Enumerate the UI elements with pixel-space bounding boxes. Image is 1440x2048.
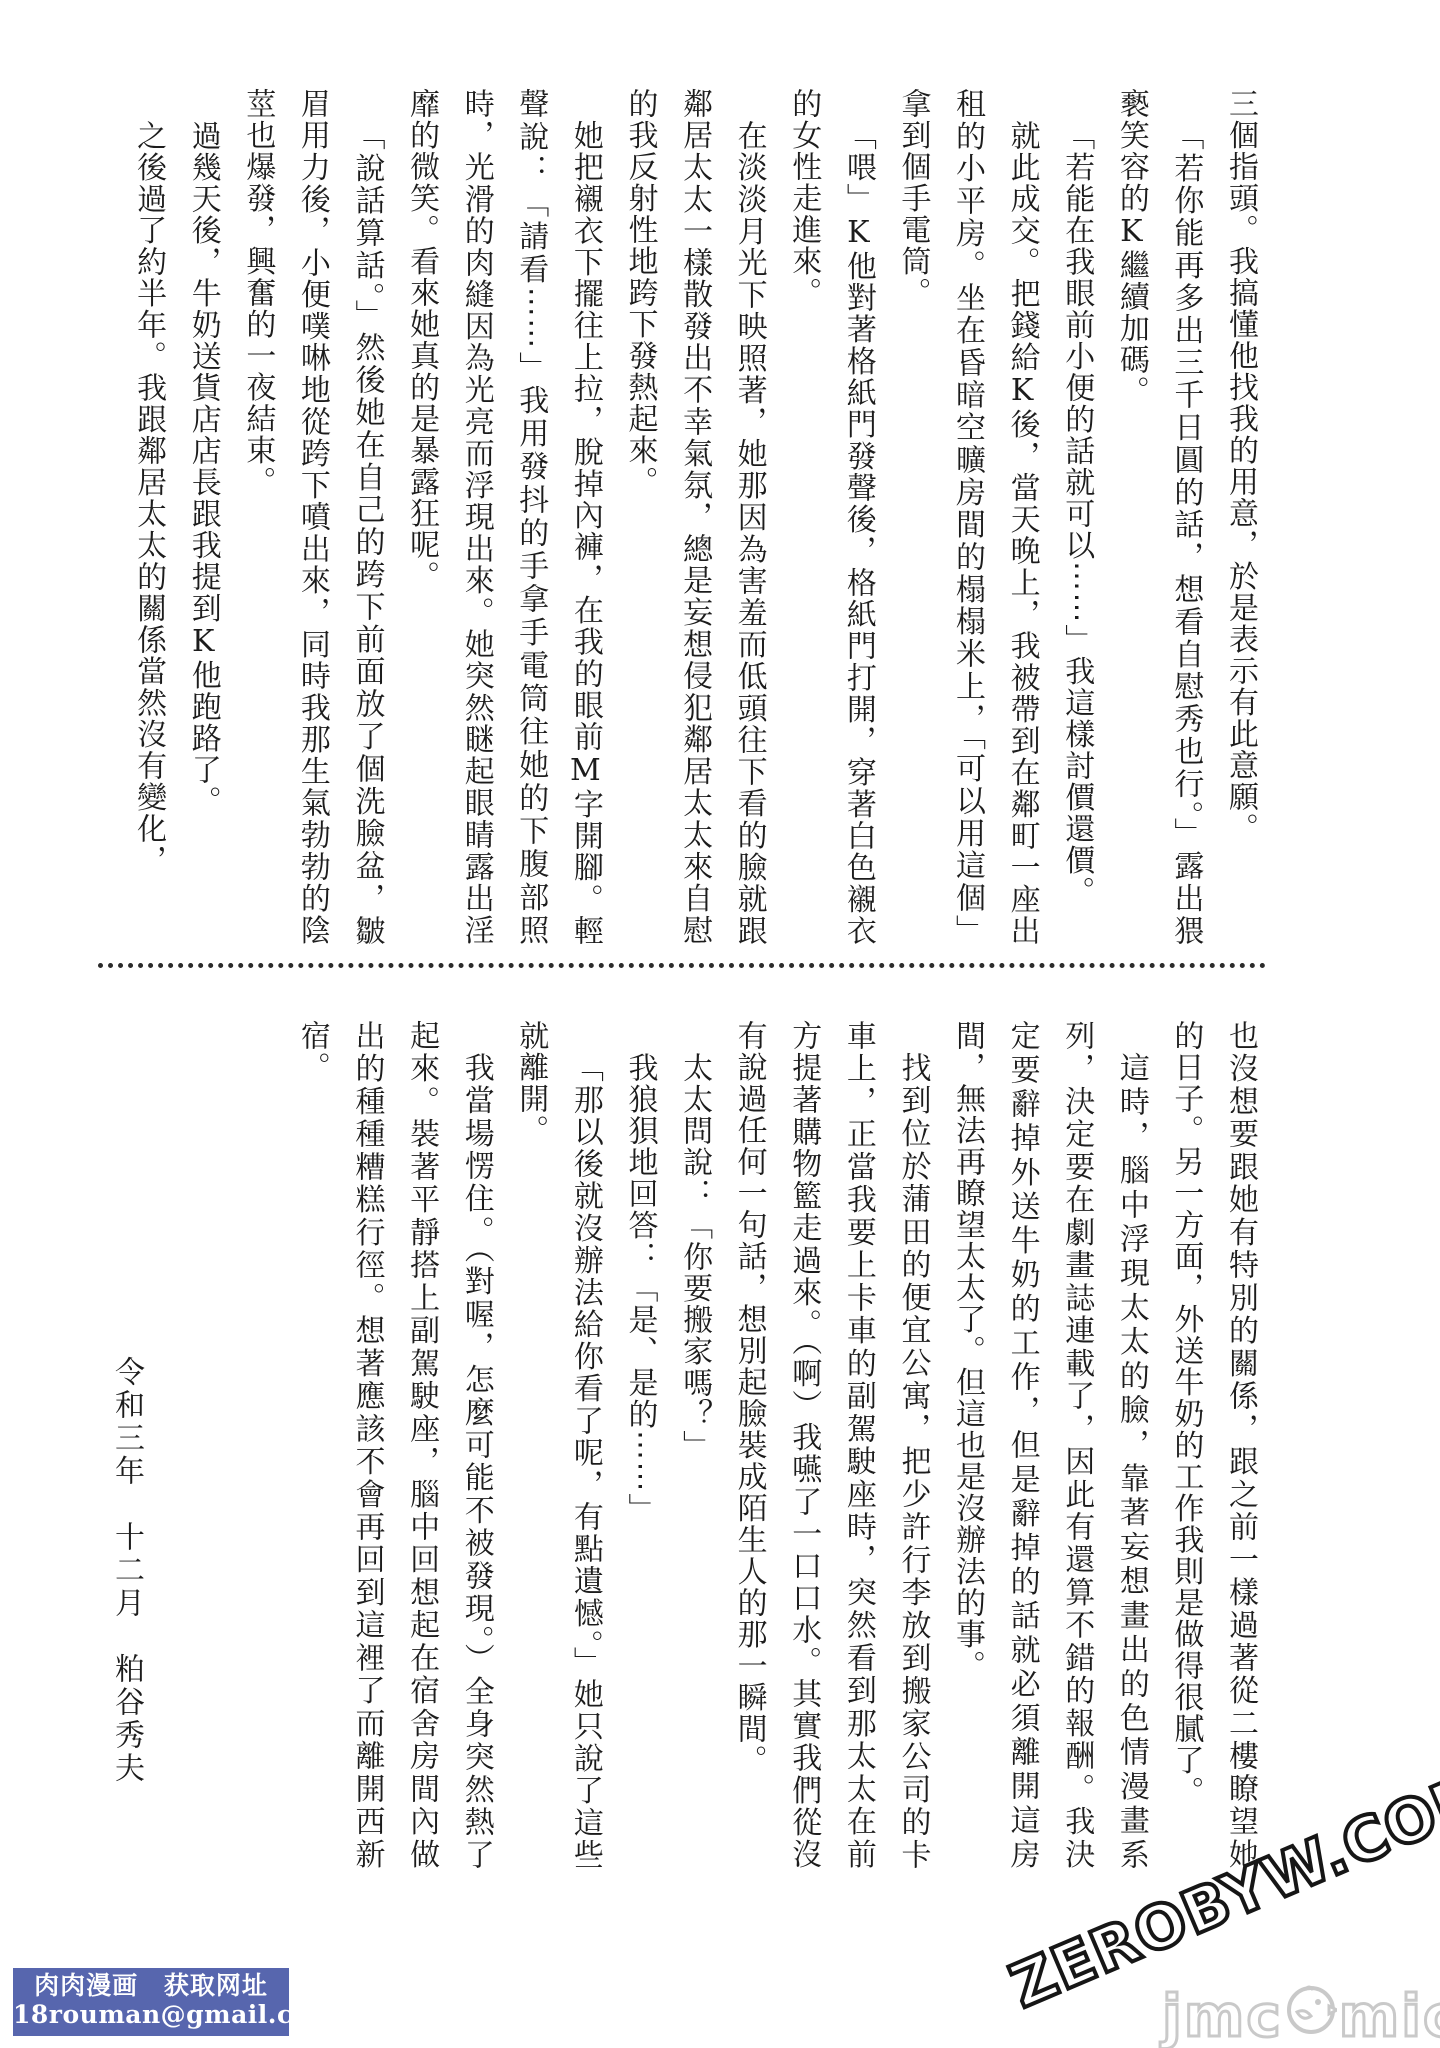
paragraph: 「若能在我眼前小便的話就可以⋯⋯」我這樣討價還價。 — [1049, 88, 1104, 946]
paragraph: 過幾天後，牛奶送貨店店長跟我提到K他跑路了。 — [175, 88, 230, 946]
paragraph: 也沒想要跟她有特別的關係，跟之前一樣過著從二樓瞭望她的日子。另一方面，外送牛奶的… — [1158, 1020, 1267, 1870]
paragraph: 「若你能再多出三千日圓的話，想看自慰秀也行。」露出猥褻笑容的K繼續加碼。 — [1103, 88, 1212, 946]
publisher-watermark-box: 肉肉漫画 获取网址 18rouman@gmail.com — [13, 1968, 289, 2036]
paragraph: 太太問說：「你要搬家嗎？」 — [666, 1020, 721, 1870]
paragraph: 「那以後就沒辦法給你看了呢，有點遺憾。」她只說了這些就離開。 — [503, 1020, 612, 1870]
jmcomic-watermark: jmc mic — [1162, 1982, 1440, 2048]
paragraph: 就此成交。把錢給K後，當天晚上，我被帶到在鄰町一座出租的小平房。坐在昏暗空曠房間… — [885, 88, 1049, 946]
paragraph: 「喂」K他對著格紙門發聲後，格紙門打開，穿著白色襯衣的女性走進來。 — [776, 88, 885, 946]
paragraph: 之後過了約半年。我跟鄰居太太的關係當然沒有變化， — [121, 88, 176, 946]
author-signature: 令和三年 十二月 粕谷秀夫 — [104, 1356, 148, 1785]
story-section-top: 三個指頭。我搞懂他找我的用意，於是表示有此意願。 「若你能再多出三千日圓的話，想… — [121, 88, 1267, 946]
paragraph: 「說話算話。」然後她在自己的跨下前面放了個洗臉盆，皺眉用力後，小便噗啉地從跨下噴… — [230, 88, 394, 946]
publisher-watermark-email: 18rouman@gmail.com — [13, 2001, 289, 2029]
jmcomic-watermark-suffix: mic — [1339, 1982, 1440, 2048]
paragraph: 三個指頭。我搞懂他找我的用意，於是表示有此意願。 — [1212, 88, 1267, 946]
paragraph: 這時，腦中浮現太太的臉，靠著妄想畫出的色情漫畫系列，決定要在劇畫誌連載了，因此有… — [939, 1020, 1157, 1870]
paragraph: 我當場愣住。（對喔，怎麼可能不被發現。）全身突然熱了起來。裝著平靜搭上副駕駛座，… — [284, 1020, 502, 1870]
chick-icon — [1285, 1982, 1337, 2048]
paragraph: 我狼狽地回答：「是、是的⋯⋯」 — [612, 1020, 667, 1870]
paragraph: 在淡淡月光下映照著，她那因為害羞而低頭往下看的臉就跟鄰居太太一樣散發出不幸氣氛，… — [612, 88, 776, 946]
paragraph: 她把襯衣下擺往上拉，脫掉內褲，在我的眼前M字開腳。輕聲說：「請看⋯⋯」我用發抖的… — [394, 88, 612, 946]
jmcomic-watermark-prefix: jmc — [1162, 1982, 1283, 2048]
story-section-bottom: 也沒想要跟她有特別的關係，跟之前一樣過著從二樓瞭望她的日子。另一方面，外送牛奶的… — [284, 1020, 1267, 1870]
section-divider — [98, 963, 1266, 968]
publisher-watermark-title: 肉肉漫画 获取网址 — [13, 1971, 289, 2001]
paragraph: 找到位於蒲田的便宜公寓，把少許行李放到搬家公司的卡車上，正當我要上卡車的副駕駛座… — [721, 1020, 939, 1870]
manga-afterword-page: 三個指頭。我搞懂他找我的用意，於是表示有此意願。 「若你能再多出三千日圓的話，想… — [0, 0, 1440, 2048]
